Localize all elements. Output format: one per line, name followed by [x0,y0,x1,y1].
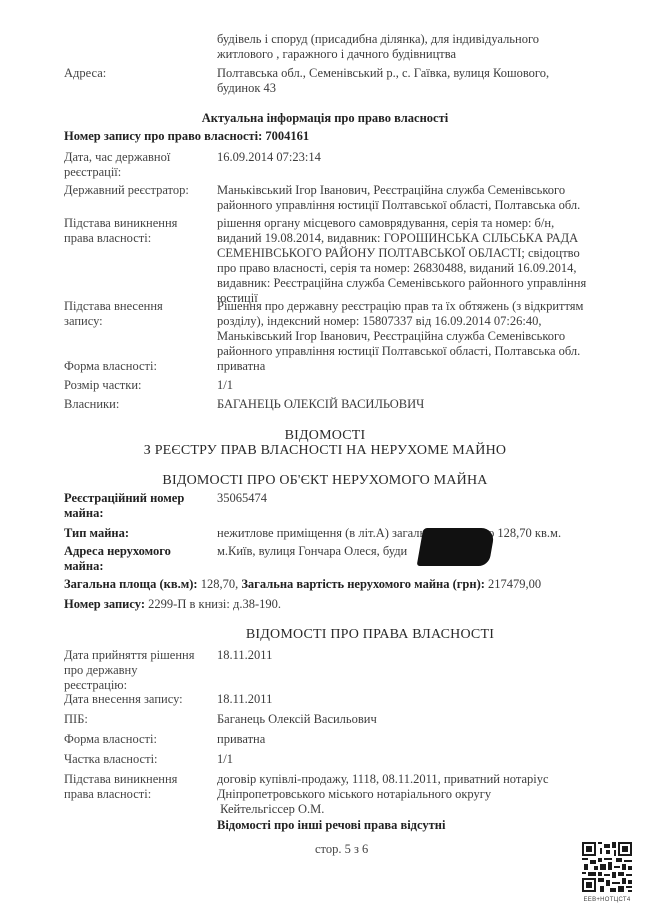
field-row: Державний реєстратор: Маньківський Ігор … [64,183,624,213]
field-value: 18.11.2011 [217,648,624,693]
field-label: реєстрації: [64,165,217,180]
field-value: про право власності, серія та номер: 268… [217,261,624,276]
field-label: Власники: [64,397,217,412]
qr-caption: ЕЕВ+НОТЦСТ4 [576,897,638,903]
field-row: Форма власності: приватна [64,359,624,374]
purpose-text: будівель і споруд (присадибна ділянка), … [217,32,624,47]
field-value: 16.09.2014 07:23:14 [217,150,624,165]
field-label: запису: [64,314,217,329]
record-value: 2299-П в книзі: д.38-190. [145,597,281,612]
redaction-mark [417,528,496,566]
field-value: договір купівлі-продажу, 1118, 08.11.201… [217,772,624,787]
field-row: Підстава виникнення права власності: ріш… [64,216,624,306]
current-right-title: Актуальна інформація про право власності [0,110,650,126]
field-value: Дніпропетровського міського нотаріальног… [217,787,624,802]
page-number: стор. 5 з 6 [315,842,368,857]
qr-code-icon [582,842,632,892]
field-label: права власності: [64,787,217,802]
ownership-section-title: ВІДОМОСТІ ПРО ПРАВА ВЛАСНОСТІ [45,627,650,643]
field-label: ПІБ: [64,712,217,727]
field-row: Форма власності: приватна [64,732,624,747]
document-page: будівель і споруд (присадибна ділянка), … [0,0,650,920]
registry-header-line-2: З РЕЄСТРУ ПРАВ ВЛАСНОСТІ НА НЕРУХОМЕ МАЙ… [0,443,650,459]
field-label: Підстава внесення [64,299,217,314]
field-label: майна: [64,506,217,521]
field-row: Підстава внесення запису: Рішення про де… [64,299,624,359]
field-label: Тип майна: [64,526,217,541]
cost-value: 217479,00 [485,577,541,592]
field-row: Частка власності: 1/1 [64,752,624,767]
field-value: 1/1 [217,378,624,393]
field-row: Дата, час державної реєстрації: 16.09.20… [64,150,624,180]
address-row: Адреса: Полтавська обл., Семенівський р.… [64,66,624,96]
area-label: Загальна площа (кв.м): [64,577,198,592]
cost-label: Загальна вартість нерухомого майна (грн)… [241,577,485,592]
field-label: про державну [64,663,217,678]
field-label: права власності: [64,231,217,246]
record-row: Номер запису: 2299-П в книзі: д.38-190. [64,597,624,612]
field-row: Власники: БАГАНЕЦЬ ОЛЕКСІЙ ВАСИЛЬОВИЧ [64,397,624,412]
field-value: СЕМЕНІВСЬКОГО РАЙОНУ ПОЛТАВСЬКОЇ ОБЛАСТІ… [217,246,624,261]
field-value: 1/1 [217,752,624,767]
field-row: Дата внесення запису: 18.11.2011 [64,692,624,707]
field-label: майна: [64,559,217,574]
record-label: Номер запису: [64,597,145,612]
field-value: Баганець Олексій Васильович [217,712,624,727]
field-label: Дата прийняття рішення [64,648,217,663]
address-value: будинок 43 [217,81,624,96]
field-label: Частка власності: [64,752,217,767]
field-value: Кейтельгіссер О.М. [217,802,624,817]
field-value: районного управління юстиції Полтавської… [217,198,624,213]
field-value: приватна [217,732,624,747]
object-address-row: Адреса нерухомого майна: м.Київ, вулиця … [64,544,624,574]
reg-number-row: Реєстраційний номер майна: 35065474 [64,491,624,521]
record-number-value: 7004161 [265,129,309,144]
field-row: Розмір частки: 1/1 [64,378,624,393]
record-number-label: Номер запису про право власності: [64,129,262,144]
type-row: Тип майна: нежитлове приміщення (в літ.А… [64,526,624,541]
purpose-text: житлового , гаражного і дачного будівниц… [217,47,624,62]
field-value: розділу), індексний номер: 15807337 від … [217,314,624,329]
field-value: рішення органу місцевого самоврядування,… [217,216,624,231]
field-label: Форма власності: [64,359,217,374]
field-label: Підстава виникнення [64,216,217,231]
other-rights-note: Відомості про інші речові права відсутні [217,818,624,833]
address-value: Полтавська обл., Семенівський р., с. Гаї… [217,66,624,81]
reg-number-value: 35065474 [217,491,624,521]
field-value: Маньківський Ігор Іванович, Реєстраційна… [217,183,624,198]
object-section-title: ВІДОМОСТІ ПРО ОБ'ЄКТ НЕРУХОМОГО МАЙНА [0,473,650,489]
registry-header-line-1: ВІДОМОСТІ [0,428,650,444]
field-label: Форма власності: [64,732,217,747]
field-value: Маньківський Ігор Іванович, Реєстраційна… [217,329,624,344]
address-label: Адреса: [64,66,217,96]
field-row: ПІБ: Баганець Олексій Васильович [64,712,624,727]
field-label: реєстрацію: [64,678,217,693]
field-label: Дата, час державної [64,150,217,165]
field-value: видавник: Реєстраційна служба Семенівськ… [217,276,624,291]
field-label: Розмір частки: [64,378,217,393]
field-label: Адреса нерухомого [64,544,217,559]
field-row: Дата прийняття рішення про державну реєс… [64,648,624,693]
owner-name: БАГАНЕЦЬ ОЛЕКСІЙ ВАСИЛЬОВИЧ [217,397,624,412]
field-value: районного управління юстиції Полтавської… [217,344,624,359]
field-value: Рішення про державну реєстрацію прав та … [217,299,624,314]
field-value: 18.11.2011 [217,692,624,707]
field-label: Підстава виникнення [64,772,217,787]
field-label: Державний реєстратор: [64,183,217,198]
area-value: 128,70, [198,577,242,592]
field-row: Підстава виникнення права власності: дог… [64,772,624,817]
other-rights-row: Відомості про інші речові права відсутні [64,818,624,833]
field-label: Дата внесення запису: [64,692,217,707]
field-value: виданий 19.08.2014, видавник: ГОРОШИНСЬК… [217,231,624,246]
field-value: приватна [217,359,624,374]
area-cost-row: Загальна площа (кв.м): 128,70, Загальна … [64,577,624,592]
field-label: Реєстраційний номер [64,491,217,506]
record-number-row: Номер запису про право власності: 700416… [64,129,624,144]
purpose-continuation-row: будівель і споруд (присадибна ділянка), … [64,32,624,62]
